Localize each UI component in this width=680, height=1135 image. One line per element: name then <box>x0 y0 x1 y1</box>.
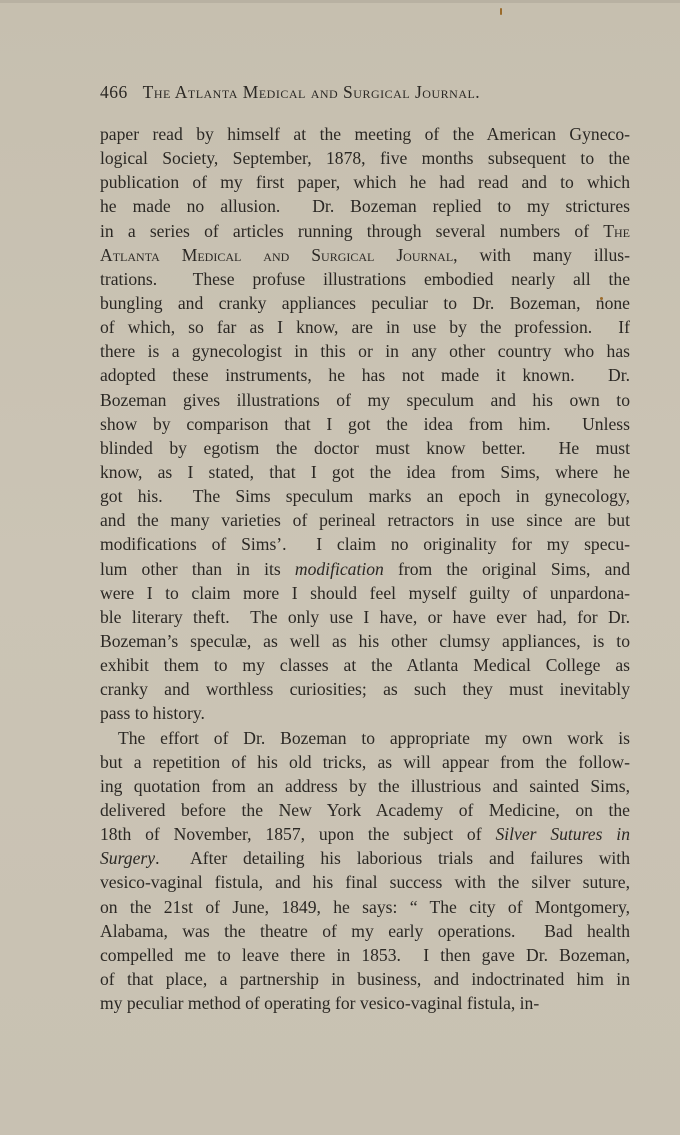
line-text: adopted these instruments, he has not ma… <box>100 365 630 385</box>
line-text: The effort of Dr. Bozeman to appropriate… <box>118 728 630 748</box>
line-text: Alabama, was the theatre of my early ope… <box>100 921 630 941</box>
text-line: blinded by egotism the doctor must know … <box>100 436 630 460</box>
text-line: bungling and cranky appliances peculiar … <box>100 291 630 315</box>
small-caps-title: The <box>603 221 630 241</box>
line-text: logical Society, September, 1878, five m… <box>100 148 630 168</box>
italic-text: Silver Sutures in <box>495 824 630 844</box>
line-text: he made no allusion. Dr. Bozeman replied… <box>100 196 630 216</box>
text-line: Bozeman gives illustrations of my specul… <box>100 388 630 412</box>
text-line: were I to claim more I should feel mysel… <box>100 581 630 605</box>
line-text: and the many varieties of perineal retra… <box>100 510 630 530</box>
line-text: were I to claim more I should feel mysel… <box>100 583 630 603</box>
line-text: got his. The Sims speculum marks an epoc… <box>100 486 630 506</box>
line-text: lum other than in its <box>100 559 295 579</box>
line-text: , with many illus- <box>453 245 630 265</box>
text-line: and the many varieties of perineal retra… <box>100 508 630 532</box>
line-text: show by comparison that I got the idea f… <box>100 414 630 434</box>
text-line: 18th of November, 1857, upon the subject… <box>100 822 630 846</box>
text-line: show by comparison that I got the idea f… <box>100 412 630 436</box>
page-number: 466 <box>100 82 128 102</box>
line-text: ing quotation from an address by the ill… <box>100 776 630 796</box>
line-text: there is a gynecologist in this or in an… <box>100 341 630 361</box>
text-line: of that place, a partnership in business… <box>100 967 630 991</box>
page-top-edge <box>0 0 680 3</box>
text-line: lum other than in its modification from … <box>100 557 630 581</box>
line-text: know, as I stated, that I got the idea f… <box>100 462 630 482</box>
text-line: Surgery. After detailing his laborious t… <box>100 846 630 870</box>
line-text: Bozeman gives illustrations of my specul… <box>100 390 630 410</box>
line-text: modifications of Sims’. I claim no origi… <box>100 534 630 554</box>
text-line: logical Society, September, 1878, five m… <box>100 146 630 170</box>
ink-speck-top <box>500 8 502 15</box>
line-text: pass to history. <box>100 703 205 723</box>
text-line: delivered before the New York Academy of… <box>100 798 630 822</box>
scanned-page: 466 The Atlanta Medical and Surgical Jou… <box>0 0 680 1135</box>
body-text: paper read by himself at the meeting of … <box>100 122 630 1015</box>
line-text: exhibit them to my classes at the Atlant… <box>100 655 630 675</box>
line-text: . After detailing his laborious trials a… <box>155 848 630 868</box>
line-text: but a repetition of his old tricks, as w… <box>100 752 630 772</box>
journal-title: The Atlanta Medical and Surgical Journal… <box>143 82 481 102</box>
text-line: of which, so far as I know, are in use b… <box>100 315 630 339</box>
text-line: The effort of Dr. Bozeman to appropriate… <box>100 726 630 750</box>
line-text: trations. These profuse illustrations em… <box>100 269 630 289</box>
line-text: paper read by himself at the meeting of … <box>100 124 630 144</box>
text-line: Bozeman’s speculæ, as well as his other … <box>100 629 630 653</box>
line-text: from the original Sims, and <box>384 559 630 579</box>
line-text: vesico-vaginal fistula, and his final su… <box>100 872 630 892</box>
line-text: compelled me to leave there in 1853. I t… <box>100 945 630 965</box>
italic-text: Surgery <box>100 848 155 868</box>
text-line: on the 21st of June, 1849, he says: “ Th… <box>100 895 630 919</box>
line-text: on the 21st of June, 1849, he says: “ Th… <box>100 897 630 917</box>
line-text: ble literary theft. The only use I have,… <box>100 607 630 627</box>
text-line: got his. The Sims speculum marks an epoc… <box>100 484 630 508</box>
running-header: 466 The Atlanta Medical and Surgical Jou… <box>100 82 590 103</box>
line-text: bungling and cranky appliances peculiar … <box>100 293 630 313</box>
text-line: Alabama, was the theatre of my early ope… <box>100 919 630 943</box>
text-line: know, as I stated, that I got the idea f… <box>100 460 630 484</box>
text-line: trations. These profuse illustrations em… <box>100 267 630 291</box>
line-text: Bozeman’s speculæ, as well as his other … <box>100 631 630 651</box>
text-line: my peculiar method of operating for vesi… <box>100 991 630 1015</box>
text-line: in a series of articles running through … <box>100 219 630 243</box>
text-line: there is a gynecologist in this or in an… <box>100 339 630 363</box>
text-line: but a repetition of his old tricks, as w… <box>100 750 630 774</box>
line-text: publication of my first paper, which he … <box>100 172 630 192</box>
line-text: in a series of articles running through … <box>100 221 603 241</box>
line-text: delivered before the New York Academy of… <box>100 800 630 820</box>
line-text: of which, so far as I know, are in use b… <box>100 317 630 337</box>
line-text: cranky and worthless curiosities; as suc… <box>100 679 630 699</box>
text-line: paper read by himself at the meeting of … <box>100 122 630 146</box>
italic-text: modification <box>295 559 384 579</box>
text-line: compelled me to leave there in 1853. I t… <box>100 943 630 967</box>
text-line: cranky and worthless curiosities; as suc… <box>100 677 630 701</box>
text-line: modifications of Sims’. I claim no origi… <box>100 532 630 556</box>
text-line: ble literary theft. The only use I have,… <box>100 605 630 629</box>
small-caps-title: Atlanta Medical and Surgical Journal <box>100 245 453 265</box>
text-line: ing quotation from an address by the ill… <box>100 774 630 798</box>
text-line: Atlanta Medical and Surgical Journal, wi… <box>100 243 630 267</box>
text-line: publication of my first paper, which he … <box>100 170 630 194</box>
text-line: exhibit them to my classes at the Atlant… <box>100 653 630 677</box>
text-line: pass to history. <box>100 701 630 725</box>
line-text: 18th of November, 1857, upon the subject… <box>100 824 495 844</box>
line-text: of that place, a partnership in business… <box>100 969 630 989</box>
text-line: he made no allusion. Dr. Bozeman replied… <box>100 194 630 218</box>
text-line: vesico-vaginal fistula, and his final su… <box>100 870 630 894</box>
line-text: my peculiar method of operating for vesi… <box>100 993 539 1013</box>
text-line: adopted these instruments, he has not ma… <box>100 363 630 387</box>
line-text: blinded by egotism the doctor must know … <box>100 438 630 458</box>
